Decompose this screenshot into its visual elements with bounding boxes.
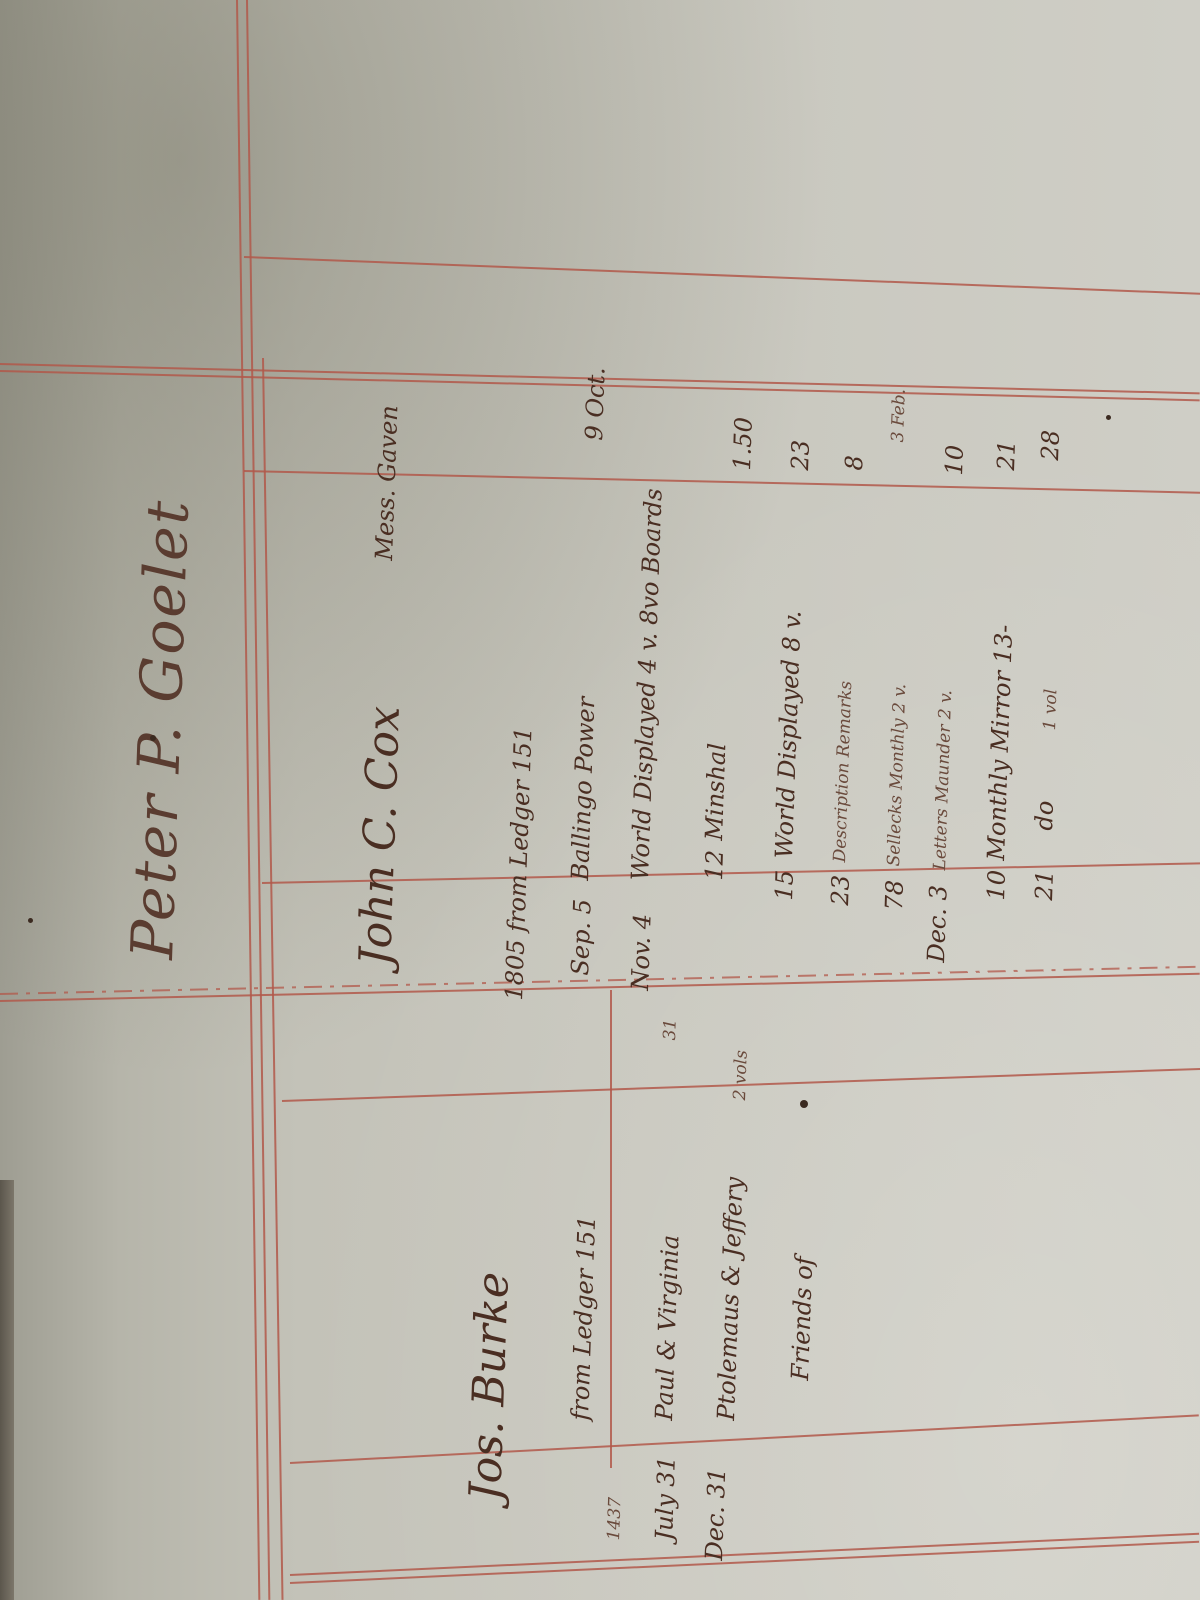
entry-date: 12 <box>700 849 729 881</box>
entry-amount: 23 <box>786 439 815 471</box>
entry-text: Description Remarks <box>830 681 856 863</box>
owner-name: Peter P. Goelet <box>118 498 202 961</box>
row-rule-7 <box>290 1414 1199 1464</box>
account-1-name: John C. Cox <box>350 705 410 966</box>
entry-amount: 8 <box>840 455 869 471</box>
row-rule-8b <box>290 1541 1199 1584</box>
entry-text: Letters Maunder 2 v. <box>930 690 956 871</box>
entry-text: Paul & Virginia <box>650 1234 684 1421</box>
entry-amount: 28 <box>1036 429 1065 461</box>
account-1-folio: 1805 from Ledger 151 <box>500 726 538 1001</box>
ink-blot <box>150 735 156 741</box>
entry-amount: 9 Oct. <box>580 367 611 441</box>
entry-text: 1 vol <box>1040 689 1061 731</box>
entry-text: Sellecks Monthly 2 v. <box>884 683 910 866</box>
column-rule-account2 <box>610 990 612 1468</box>
entry-date: 23 <box>826 874 855 906</box>
entry-amount: 21 <box>992 439 1021 471</box>
row-rule-1 <box>244 256 1200 295</box>
entry-date: July 31 <box>650 1456 681 1541</box>
ledger-photo: Peter P. Goelet John C. Cox Mess. Gaven … <box>0 0 1200 1600</box>
entry-text: Ptolemaus & Jeffery <box>712 1176 748 1420</box>
entry-text: World Displayed 4 v. 8vo Boards <box>626 488 668 881</box>
entry-text: Minshal <box>700 743 731 841</box>
margin-rule-left-b <box>246 0 270 1600</box>
row-rule-5 <box>0 973 1200 1002</box>
book-binding-edge <box>0 1180 14 1600</box>
entry-date: 15 <box>770 869 799 901</box>
row-rule-dashed <box>0 966 1200 995</box>
entry-text: World Displayed 8 v. <box>770 610 807 859</box>
entry-date: Dec. 31 <box>700 1467 731 1561</box>
ink-blot <box>800 1100 808 1108</box>
row-rule-8a <box>290 1533 1199 1576</box>
entry-date: Sep. 5 <box>566 898 597 975</box>
ink-blot <box>28 918 33 923</box>
entry-text: do <box>1030 800 1059 831</box>
entry-amount: 2 vols <box>730 1050 752 1101</box>
entry-text: Friends of <box>786 1256 818 1381</box>
entry-date: 78 <box>880 879 909 911</box>
entry-date: 10 <box>982 869 1011 901</box>
entry-amount: 3 Feb. <box>888 389 910 443</box>
account-2-name: Jos. Burke <box>460 1271 519 1502</box>
entry-date: Dec. 3 <box>922 885 953 963</box>
ink-blot <box>1106 415 1111 420</box>
entry-date: 21 <box>1030 869 1059 901</box>
entry-text: Ballingo Power <box>566 696 600 881</box>
entry-amount: 1.50 <box>728 417 758 471</box>
account-1-subtitle: Mess. Gaven <box>370 405 403 561</box>
entry-amount: 31 <box>660 1018 681 1040</box>
account-2-year: 1437 <box>604 1497 625 1541</box>
entry-text: Monthly Mirror 13- <box>982 624 1018 861</box>
entry-amount: 10 <box>940 444 969 476</box>
entry-date: Nov. 4 <box>626 913 657 991</box>
account-2-folio: from Ledger 151 <box>566 1215 601 1421</box>
